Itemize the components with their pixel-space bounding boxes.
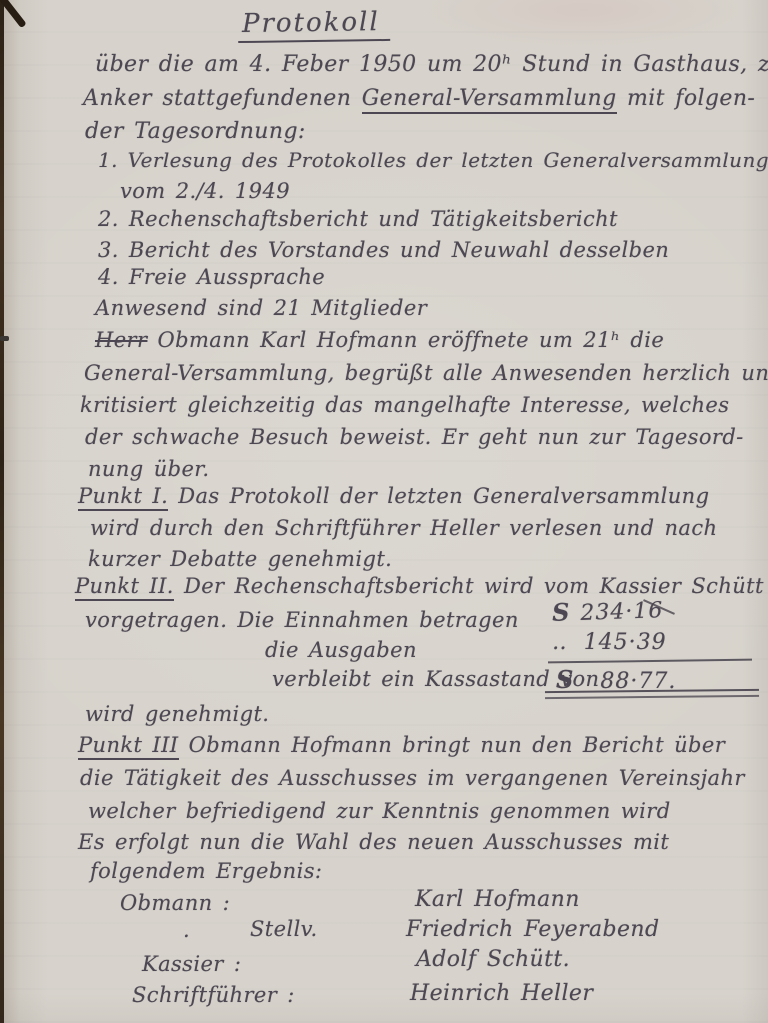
currency-symbol-balance: S (556, 665, 574, 694)
corner-mark (0, 0, 27, 28)
result-role-schriftfuehrer: Schriftführer : (132, 983, 295, 1007)
document-page: Protokoll über die am 4. Feber 1950 um 2… (0, 0, 768, 1023)
result-role-stellv: Stellv. (250, 917, 318, 941)
result-ditto-stellv: . (183, 918, 190, 942)
punkt2-line-4: verbleibt ein Kassastand von (272, 667, 599, 691)
expense-value: 145·39 (584, 630, 667, 655)
agenda-item-3: 3. Bericht des Vorstandes und Neuwahl de… (98, 238, 669, 262)
punkt1-line-3: kurzer Debatte genehmigt. (88, 547, 392, 571)
balance-double-rule (545, 689, 759, 699)
income-amount: S234·16 (552, 594, 664, 627)
struck-word: Herr (95, 328, 147, 352)
punkt3-rest: Obmann Hofmann bringt nun den Bericht üb… (179, 733, 726, 757)
punkt3-label: Punkt III (78, 733, 179, 760)
punkt3-line-2: die Tätigkeit des Ausschusses im vergang… (80, 766, 745, 790)
opening-line-1: Herr Obmann Karl Hofmann eröffnete um 21… (95, 328, 664, 352)
expense-amount: ‥145·39 (552, 630, 667, 655)
opening-line-1-rest: Obmann Karl Hofmann eröffnete um 21ʰ die (147, 328, 664, 352)
punkt2-label: Punkt II. (75, 574, 174, 601)
agenda-item-4: 4. Freie Aussprache (98, 265, 325, 289)
punkt2-line-3: die Ausgaben (265, 638, 417, 662)
currency-symbol: S (552, 597, 571, 627)
result-name-stellv: Friedrich Feyerabend (406, 917, 659, 942)
punkt2-rest: Der Rechenschaftsbericht wird vom Kassie… (174, 574, 764, 598)
opening-line-5: nung über. (88, 457, 210, 481)
punkt2-line-5: wird genehmigt. (85, 702, 269, 726)
result-name-schriftfuehrer: Heinrich Heller (410, 981, 593, 1006)
agenda-item-2: 2. Rechenschaftsbericht und Tätigkeitsbe… (98, 207, 618, 231)
agenda-item-1: 1. Verlesung des Protokolles der letzten… (98, 148, 768, 172)
scan-gutter-shadow (0, 0, 4, 1023)
opening-line-4: der schwache Besuch beweist. Er geht nun… (85, 425, 744, 449)
intro-line-2-pre: Anker stattgefundenen (83, 86, 362, 111)
edge-notch (0, 336, 9, 341)
punkt3-line-3: welcher befriedigend zur Kenntnis genomm… (88, 799, 671, 823)
punkt1-label: Punkt I. (78, 484, 168, 511)
intro-line-1: über die am 4. Feber 1950 um 20ʰ Stund i… (95, 52, 768, 77)
result-role-obmann: Obmann : (120, 891, 230, 915)
intro-underlined-phrase: General-Versammlung (362, 86, 617, 114)
opening-line-3: kritisiert gleichzeitig das mangelhafte … (80, 393, 729, 417)
punkt3-line-4: Es erfolgt nun die Wahl des neuen Aussch… (78, 830, 669, 854)
punkt2-line-2: vorgetragen. Die Einnahmen betragen (85, 608, 519, 632)
attendance-line: Anwesend sind 21 Mitglieder (95, 296, 427, 320)
opening-line-2: General-Versammlung, begrüßt alle Anwese… (84, 361, 768, 385)
intro-line-2: Anker stattgefundenen General-Versammlun… (83, 86, 755, 111)
result-role-kassier: Kassier : (142, 952, 241, 976)
ditto-mark: ‥ (552, 630, 568, 655)
punkt1-rest: Das Protokoll der letzten Generalversamm… (168, 484, 709, 508)
intro-line-3: der Tagesordnung: (85, 119, 306, 144)
intro-line-2-post: mit folgen- (617, 86, 756, 111)
result-name-obmann: Karl Hofmann (415, 887, 580, 912)
sum-rule (548, 659, 752, 664)
punkt3-line-5: folgendem Ergebnis: (90, 859, 322, 883)
punkt1-line-1: Punkt I. Das Protokoll der letzten Gener… (78, 484, 709, 508)
page-title: Protokoll (238, 7, 390, 43)
result-name-kassier: Adolf Schütt. (416, 947, 570, 972)
punkt3-line-1: Punkt III Obmann Hofmann bringt nun den … (78, 733, 725, 757)
agenda-item-1b: vom 2./4. 1949 (120, 179, 290, 203)
punkt1-line-2: wird durch den Schriftführer Heller verl… (90, 516, 717, 540)
